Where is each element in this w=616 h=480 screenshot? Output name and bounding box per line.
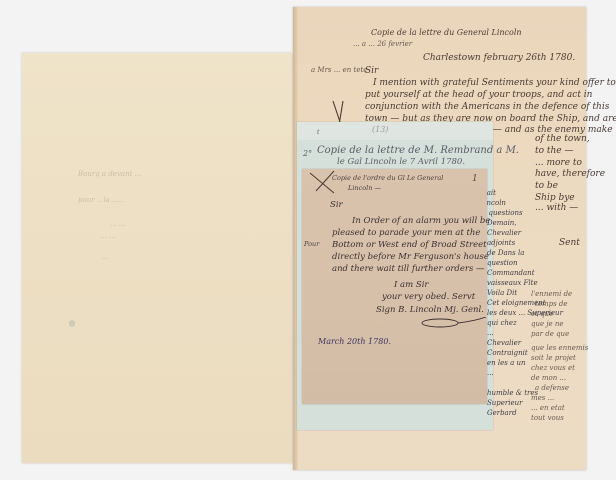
body-line-22: de mon ... — [531, 375, 566, 382]
blue-col-10: vaisseaux Flte — [487, 280, 538, 287]
body-line-21: chez vous et — [531, 365, 575, 372]
blue-sheet-side-mark: 2° — [303, 150, 312, 158]
note-date: March 20th 1780. — [318, 338, 391, 346]
blue-col-18: en les a un — [487, 360, 526, 367]
body-line-1: I mention with grateful Sentiments your … — [373, 79, 616, 88]
body-line-9: have, therefore — [535, 170, 605, 179]
blue-sheet-title-line-2: le Gal Lincoln le 7 Avril 1780. — [337, 158, 465, 167]
faint-note-1: Bourg a devant ... — [78, 171, 141, 178]
body-line-12: ... with — — [535, 204, 578, 213]
blue-col-4: Demain, — [487, 220, 517, 227]
note-heading-2: Lincoln — — [348, 185, 381, 192]
blue-col-7: de Dans la — [487, 250, 524, 257]
blue-col-8: question — [487, 260, 518, 267]
blue-col-21: Superieur — [487, 400, 523, 407]
body-line-20: soit le projet — [531, 355, 576, 362]
signature-flourish-icon — [420, 317, 488, 329]
blue-col-19: ... — [487, 370, 494, 377]
note-salutation: Sir — [330, 201, 343, 210]
body-line-18: par de que — [531, 331, 569, 338]
body-line-13: Sent — [559, 239, 580, 248]
body-line-10: to be — [535, 182, 558, 191]
faint-note-5: ... — [102, 254, 109, 261]
cross-mark-icon — [306, 169, 340, 195]
margin-note: a Mrs ... en tete — [311, 67, 367, 74]
body-line-25: ... en etat — [531, 405, 565, 412]
body-line-23: a defense — [535, 385, 569, 392]
note-margin-note: Pour — [304, 241, 319, 248]
note-closing-1: I am Sir — [394, 281, 429, 290]
blue-col-17: Contraignit — [487, 350, 528, 357]
note-heading-1: Copie de l'ordre du Gl Le General — [332, 175, 443, 182]
faint-note-3: ... ... — [110, 221, 126, 228]
blue-sheet-header-band — [297, 122, 493, 140]
body-line-19: que les ennemis — [531, 345, 588, 352]
body-line-3: conjunction with the Americans in the de… — [365, 103, 609, 112]
blue-col-6: adjoints — [487, 240, 515, 247]
blue-col-15: ... — [487, 330, 494, 337]
body-line-11: Ship bye — [535, 194, 575, 203]
blue-col-11: Voila Dit — [487, 290, 517, 297]
faint-note-2: pour .. la ..... — [78, 197, 123, 204]
heading-line-1: Copie de la lettre du General Lincoln — [371, 29, 522, 37]
blue-col-16: Chevalier — [487, 340, 521, 347]
letter-salutation: Sir — [365, 67, 378, 76]
blue-col-22: Gerbard — [487, 410, 517, 417]
body-line-8: ... more to — [535, 159, 582, 168]
left-page: Bourg a devant ... pour .. la ..... ... … — [22, 53, 292, 463]
blue-sheet-title-line-1: Copie de la lettre de M. Rembrand a M. — [317, 146, 519, 156]
blue-sheet-number-mark: t — [317, 130, 319, 136]
blue-col-14: qui chez — [487, 320, 517, 327]
blue-sheet-header-mark: (13) — [372, 126, 388, 134]
blue-col-9: Commandant — [487, 270, 535, 277]
note-body-line-5: and there wait till further orders — — [332, 265, 485, 274]
body-line-14: l'ennemi de — [531, 291, 572, 298]
blue-col-5: Chevalier — [487, 230, 521, 237]
tan-note: Copie de l'ordre du Gl Le General Lincol… — [302, 169, 487, 404]
note-body-line-1: In Order of an alarm you will be — [352, 217, 490, 226]
faint-note-4: ... ... — [100, 233, 116, 240]
blue-col-12: Cet eloignement — [487, 300, 546, 307]
letter-date: Charlestown february 26th 1780. — [423, 54, 575, 63]
blue-col-13: les deux ... Superieur — [487, 310, 563, 317]
note-signature: Sign B. Lincoln Mj. Genl. — [376, 306, 484, 315]
body-line-7: to the — — [535, 147, 574, 156]
body-line-26: tout vous — [531, 415, 564, 422]
blue-col-20: humble & tres — [487, 390, 538, 397]
body-line-2: put yourself at the head of your troops,… — [365, 91, 592, 100]
note-body-line-4: directly before Mr Ferguson's house — [332, 253, 489, 262]
body-line-17: que je ne — [531, 321, 564, 328]
note-margin-mark: 1 — [472, 175, 478, 184]
note-body-line-2: pleased to parade your men at the — [332, 229, 480, 238]
note-closing-2: your very obed. Servt — [382, 293, 475, 302]
note-body-line-3: Bottom or West end of Broad Street — [332, 241, 487, 250]
paper-stain — [69, 320, 75, 327]
body-line-6: of the town, — [535, 135, 590, 144]
document-scan: Bourg a devant ... pour .. la ..... ... … — [0, 0, 616, 480]
heading-line-2: ... a ... 26 fevrier — [353, 41, 412, 48]
